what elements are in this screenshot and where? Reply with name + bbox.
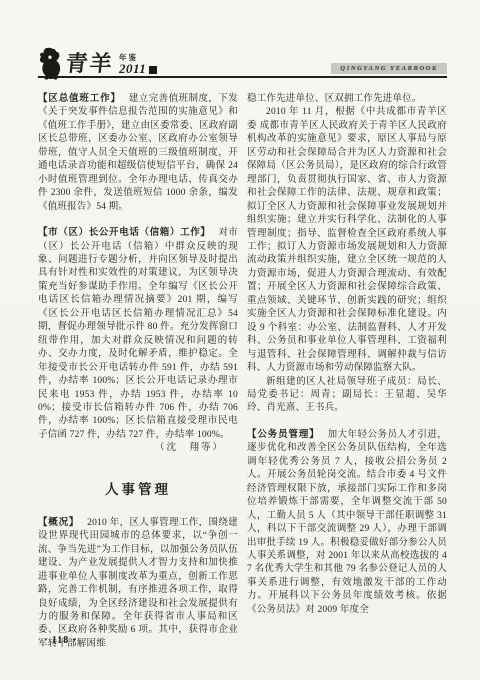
entry-duty-work: 【区总值班工作】建立完善值班制度，下发《关于突发事件信息报告范围的实施意见》和《… [38, 93, 238, 214]
entry-civil-servant-mgmt-label: 【公务员管理】 [247, 430, 328, 440]
header-banner-text: QINGYANG YEARBOOK [331, 63, 447, 75]
yearbook-page: 青羊 年鉴 2011 QINGYANG YEARBOOK 【区总值班工作】建立完… [0, 0, 480, 680]
page-header: 青羊 年鉴 2011 QINGYANG YEARBOOK [38, 44, 447, 78]
author-signature: （沈 翔等） [38, 442, 238, 455]
left-column: 【区总值班工作】建立完善值班制度，下发《关于突发事件信息报告范围的实施意见》和《… [38, 93, 238, 651]
entry-overview-label: 【概况】 [38, 518, 87, 528]
logo-square-mark [149, 66, 157, 74]
logo-title: 青羊 [64, 47, 115, 78]
continuation-paragraph: 稳工作先进单位、区双拥工作先进单位。 [247, 93, 447, 106]
logo-subtitle: 年鉴 [119, 54, 157, 62]
reorganization-paragraph: 2010 年 11 月，根据《中共成都市青羊区委 成都市青羊区人民政府关于青羊区… [247, 106, 447, 375]
entry-duty-work-label: 【区总值班工作】 [38, 94, 129, 104]
entry-mayor-hotline: 【市（区）长公开电话（信箱）工作】对市（区）长公开电话（信箱）中群众反映的现象、… [38, 227, 238, 442]
right-column: 稳工作先进单位、区双拥工作先进单位。 2010 年 11 月，根据《中共成都市青… [247, 93, 447, 651]
logo-year-block: 年鉴 2011 [119, 54, 157, 76]
page-number: · 118 · [44, 635, 77, 646]
entry-mayor-hotline-text: 对市（区）长公开电话（信箱）中群众反映的现象、问题进行专题分析，并向区领导及时提… [38, 228, 238, 440]
entry-civil-servant-mgmt-text: 加大年轻公务员人才引进，逐步优化和改善全区公务员队伍结构，全年选调年轻优秀公务员… [247, 430, 447, 615]
entry-overview: 【概况】2010 年，区人事管理工作，围绕建设世界现代田园城市的总体要求，以“争… [38, 517, 238, 652]
entry-overview-text: 2010 年，区人事管理工作，围绕建设世界现代田园城市的总体要求，以“争创一流、… [38, 518, 238, 649]
yearbook-logo: 青羊 年鉴 2011 [38, 45, 157, 76]
goat-logo-icon [38, 47, 64, 81]
entry-civil-servant-mgmt: 【公务员管理】加大年轻公务员人才引进，逐步优化和改善全区公务员队伍结构，全年选调… [247, 429, 447, 617]
section-heading-personnel: 人事管理 [38, 478, 238, 498]
leadership-paragraph: 新组建的区人社局领导班子成员：局长、局党委书记：周青；副局长：王显超、吴华玲、肖… [247, 376, 447, 416]
entry-duty-work-text: 建立完善值班制度，下发《关于突发事件信息报告范围的实施意见》和《值班工作手册》，… [38, 94, 238, 212]
two-column-body: 【区总值班工作】建立完善值班制度，下发《关于突发事件信息报告范围的实施意见》和《… [38, 93, 447, 651]
entry-mayor-hotline-label: 【市（区）长公开电话（信箱）工作】 [38, 228, 219, 238]
logo-year: 2011 [119, 62, 146, 75]
